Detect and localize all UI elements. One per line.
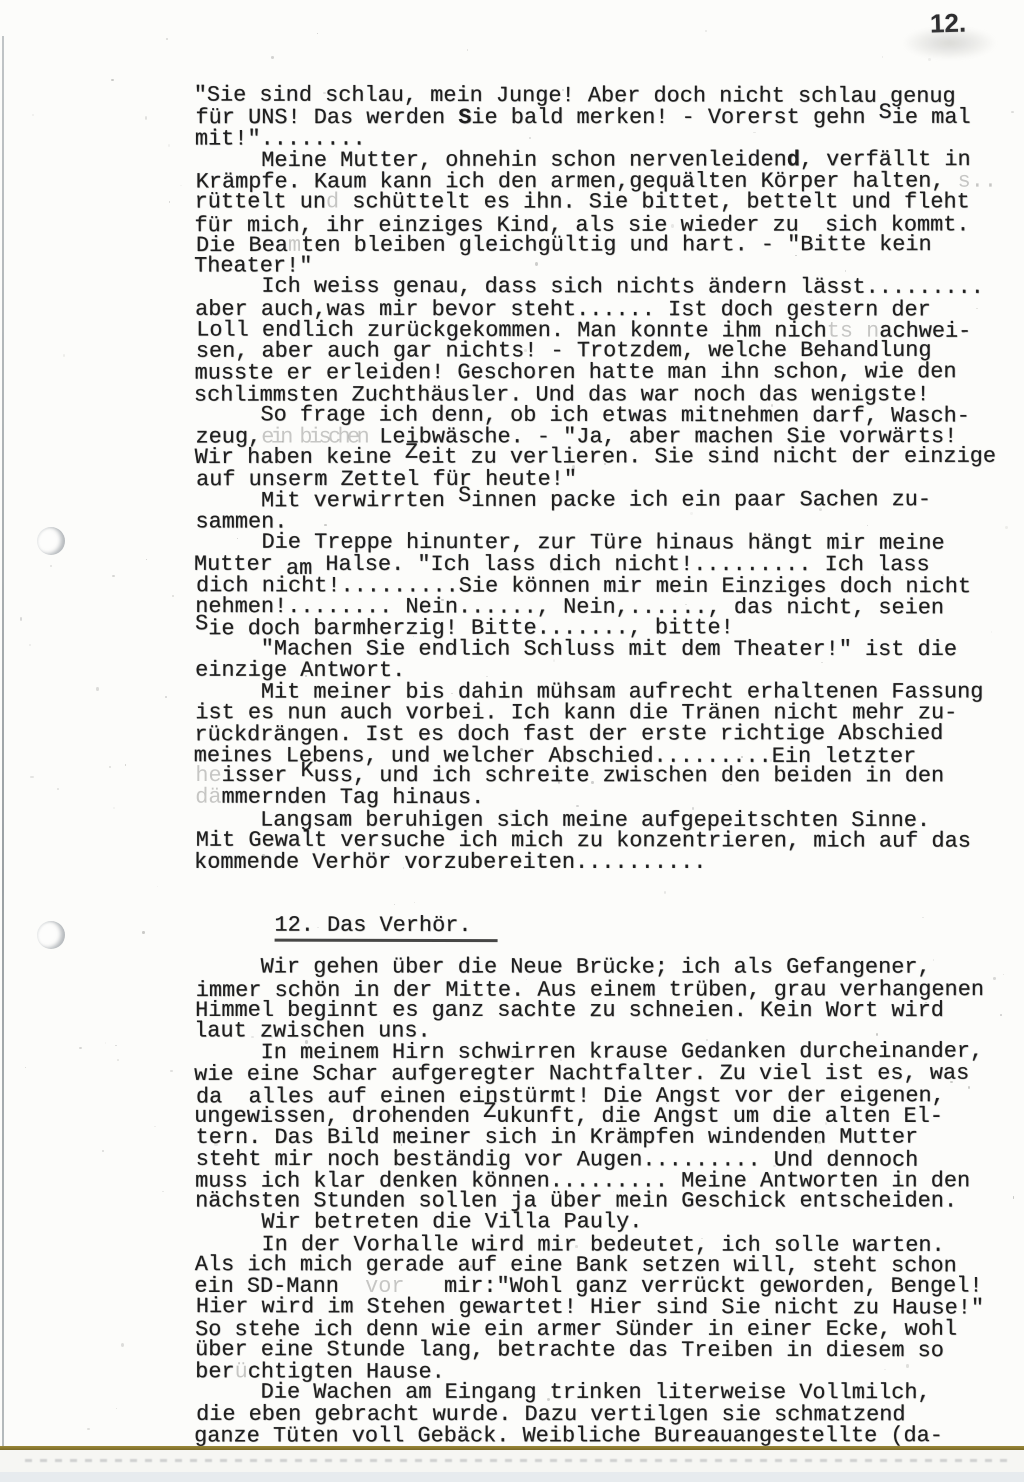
speck (112, 575, 115, 577)
text-line: "Sie sind schlau, mein Junge! Aber doch … (194, 85, 995, 108)
speck (115, 1045, 117, 1046)
text-line: Wir betreten die Villa Pauly. (196, 1211, 997, 1233)
speck (32, 114, 33, 115)
text-line: Hier wird im Stehen gewartet! Hier sind … (196, 1296, 997, 1319)
speck (271, 56, 274, 59)
speck (102, 1150, 104, 1152)
speck (1013, 1196, 1015, 1198)
scan-bottom-band (0, 1472, 1024, 1482)
speck (113, 807, 115, 809)
text-line: "Machen Sie endlich Schluss mit dem Thea… (195, 638, 996, 660)
speck (169, 201, 171, 203)
text-line: wie eine Schar aufgeregter Nachtfalter. … (194, 1062, 995, 1084)
punch-hole (37, 921, 65, 949)
scanned-page: 12. "Sie sind schlau, mein Junge! Aber d… (0, 0, 1024, 1482)
speck (109, 766, 111, 768)
text-line: dämmernden Tag hinaus. (195, 787, 996, 810)
speck (20, 617, 23, 620)
speck (170, 1070, 172, 1072)
text-line: Wir haben keine Zeit zu verlieren. Sie s… (195, 446, 996, 468)
text-line: musste er erleiden! Geschoren hatte man … (195, 361, 996, 384)
text-line: für UNS! Das werden Sie bald merken! - V… (196, 107, 997, 129)
speck (125, 764, 126, 766)
scan-dash-artifact (25, 1459, 1010, 1462)
text-line: Mit Gewalt versuche ich mich zu konzentr… (196, 829, 997, 851)
text-line: Wir gehen über die Neue Brücke; ich als … (195, 957, 996, 979)
text-line: rückdrängen. Ist es doch fast der erste … (194, 722, 995, 745)
text-line: über eine Stunde lang, betrachte das Tre… (195, 1339, 996, 1361)
speck (1005, 526, 1008, 529)
speck (146, 559, 148, 560)
text-line: steht mir noch beständig vor Augen......… (196, 1148, 997, 1170)
speck (157, 886, 158, 887)
text-line (195, 872, 996, 894)
speck (154, 1126, 155, 1127)
speck (30, 776, 33, 779)
punch-hole (37, 527, 65, 555)
text-line: heisser Kuss, und ich schreite zwischen … (195, 765, 996, 787)
speck (63, 354, 66, 357)
speck (705, 30, 707, 31)
speck (166, 38, 169, 41)
speck (142, 931, 145, 935)
speck (117, 1059, 119, 1061)
speck (168, 144, 170, 147)
speck (121, 1343, 124, 1347)
speck (1011, 111, 1014, 113)
section-heading: 12. Das Verhör. (196, 914, 997, 937)
text-line: Die Wachen am Eingang trinken literweise… (195, 1382, 996, 1404)
text-line: die eben gebracht wurde. Dazu vertilgen … (196, 1403, 997, 1425)
speck (111, 79, 113, 81)
text-line: Ich weiss genau, dass sich nichts ändern… (196, 276, 997, 299)
speck (1000, 1014, 1003, 1016)
speck (162, 1191, 164, 1193)
speck (29, 644, 31, 646)
text-line: Mit verwirrten Sinnen packe ich ein paar… (195, 489, 996, 512)
speck (180, 185, 181, 187)
speck (79, 1047, 82, 1049)
text-line: Mutter am Halse. "Ich lass dich nicht!..… (194, 553, 995, 575)
speck (145, 116, 148, 120)
speck (116, 1408, 117, 1409)
speck (105, 1042, 107, 1044)
speck (317, 33, 319, 34)
speck (467, 49, 469, 50)
text-line: Die Beamten bleiben gleichgültig und har… (196, 234, 997, 256)
typewritten-text: "Sie sind schlau, mein Junge! Aber doch … (195, 86, 996, 1446)
text-line: mit!"........ (195, 128, 996, 149)
speck (882, 56, 884, 58)
text-line: kommende Verhör vorzubereiten.......... (194, 852, 995, 873)
speck (165, 696, 167, 698)
text-line: tern. Das Bild meiner sich in Krämpfen w… (196, 1127, 997, 1149)
speck (1003, 974, 1004, 975)
speck (57, 788, 59, 790)
speck (96, 687, 99, 690)
text-line: ganze Tüten voll Gebäck. Weibliche Burea… (194, 1425, 995, 1447)
speck (172, 595, 175, 597)
scan-edge-line (2, 36, 4, 1446)
speck (50, 565, 52, 567)
speck (87, 1428, 89, 1430)
pencil-smudge (902, 26, 997, 60)
speck (25, 1067, 26, 1068)
text-line: rüttelt und schüttelt es ihn. Sie bittet… (195, 192, 996, 213)
